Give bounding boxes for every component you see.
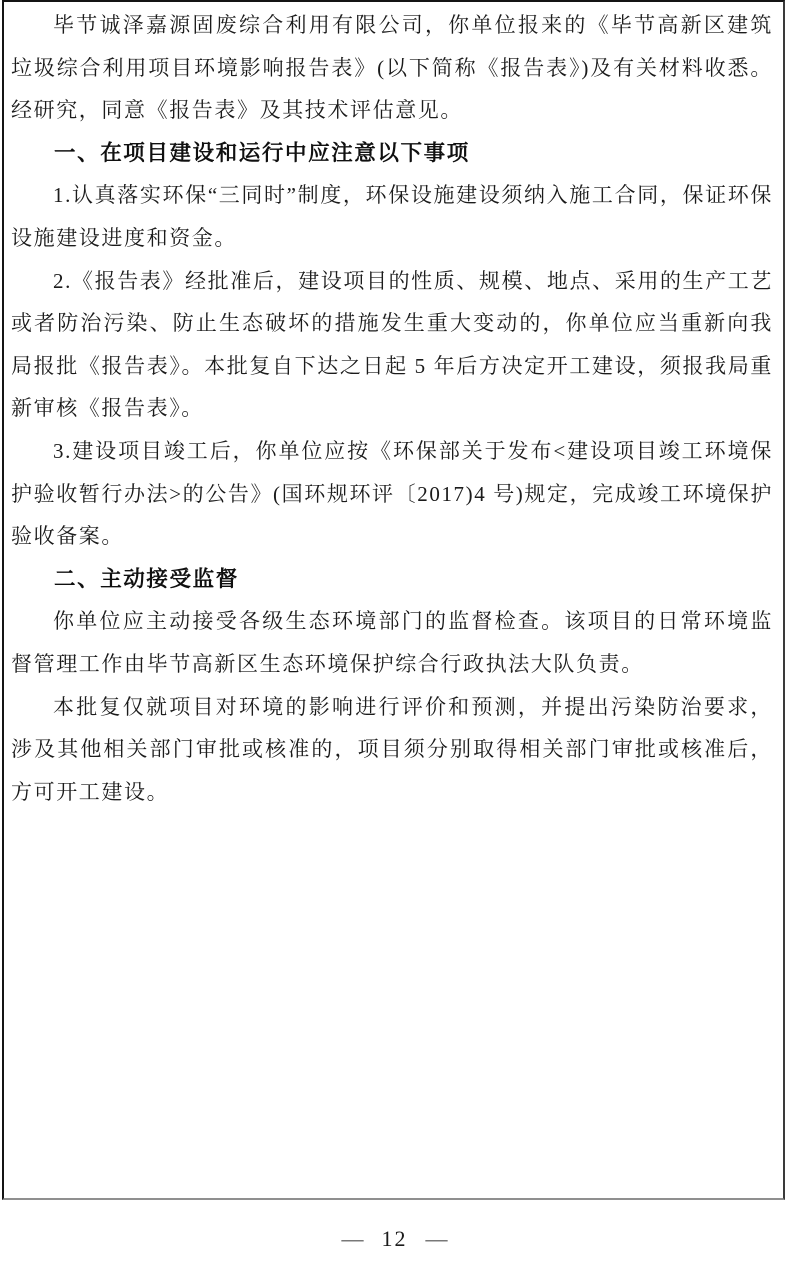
footer-dash-right: — (426, 1226, 448, 1251)
paragraph-closing: 本批复仅就项目对环境的影响进行评价和预测，并提出污染防治要求，涉及其他相关部门审… (11, 686, 773, 814)
paragraph-item-1: 1.认真落实环保“三同时”制度，环保设施建设须纳入施工合同，保证环保设施建设进度… (11, 174, 773, 259)
paragraph-item-3: 3.建设项目竣工后，你单位应按《环保部关于发布<建设项目竣工环境保护验收暂行办法… (11, 430, 773, 558)
page-number: 12 (382, 1226, 408, 1251)
paragraph-item-2: 2.《报告表》经批准后，建设项目的性质、规模、地点、采用的生产工艺或者防治污染、… (11, 260, 773, 430)
paragraph-intro: 毕节诚泽嘉源固废综合利用有限公司，你单位报来的《毕节高新区建筑垃圾综合利用项目环… (11, 4, 773, 132)
page-footer: —12— (0, 1226, 789, 1252)
section-heading-2: 二、主动接受监督 (11, 558, 773, 601)
footer-dash-left: — (342, 1226, 364, 1251)
section-heading-1: 一、在项目建设和运行中应注意以下事项 (11, 132, 773, 175)
page-border-frame: 毕节诚泽嘉源固废综合利用有限公司，你单位报来的《毕节高新区建筑垃圾综合利用项目环… (2, 0, 785, 1200)
document-page: 毕节诚泽嘉源固废综合利用有限公司，你单位报来的《毕节高新区建筑垃圾综合利用项目环… (0, 0, 789, 1277)
paragraph-supervision: 你单位应主动接受各级生态环境部门的监督检查。该项目的日常环境监督管理工作由毕节高… (11, 600, 773, 685)
